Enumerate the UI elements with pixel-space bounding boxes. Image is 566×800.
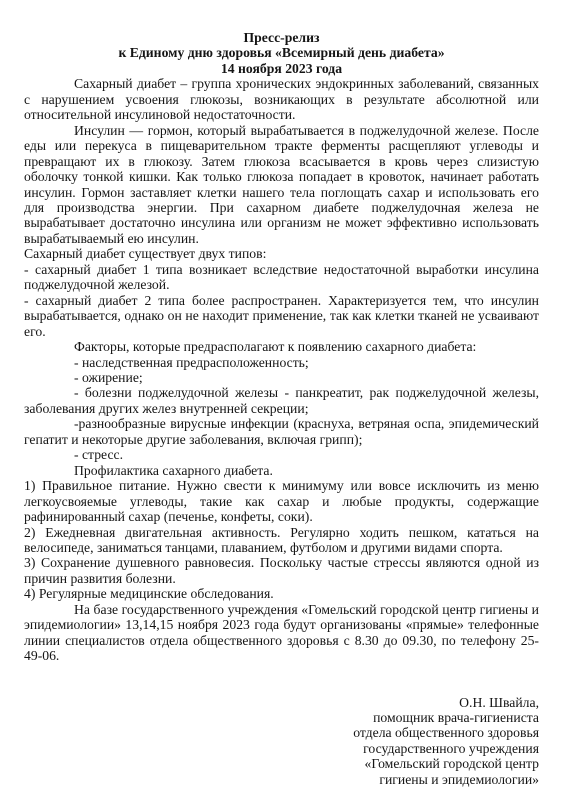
paragraph-prevention-nutrition: 1) Правильное питание. Нужно свести к ми… — [24, 478, 539, 524]
paragraph-insulin-description: Инсулин — гормон, который вырабатывается… — [24, 123, 539, 247]
paragraph-factors-intro: Факторы, которые предрасполагают к появл… — [24, 339, 539, 354]
signature-institution-type: государственного учреждения — [24, 741, 539, 756]
signature-institution-name-1: «Гомельский городской центр — [24, 756, 539, 771]
paragraph-factor-stress: - стресс. — [24, 447, 539, 462]
paragraph-prevention-balance: 3) Сохранение душевного равновесия. Поск… — [24, 555, 539, 586]
paragraph-factor-heredity: - наследственная предрасположенность; — [24, 355, 539, 370]
signature-author-name: О.Н. Швайла, — [24, 695, 539, 710]
paragraph-prevention-heading: Профилактика сахарного диабета. — [24, 463, 539, 478]
signature-institution-name-2: гигиены и эпидемиологии» — [24, 772, 539, 787]
title-line-date: 14 ноября 2023 года — [24, 61, 539, 76]
title-line-press-release: Пресс-релиз — [24, 30, 539, 45]
signature-author-position: помощник врача-гигиениста — [24, 710, 539, 725]
paragraph-factor-pancreas-diseases: - болезни поджелудочной железы - панкреа… — [24, 385, 539, 416]
title-line-health-day: к Единому дню здоровья «Всемирный день д… — [24, 45, 539, 60]
paragraph-type-1: - сахарный диабет 1 типа возникает вслед… — [24, 262, 539, 293]
paragraph-factor-viral-infections: -разнообразные вирусные инфекции (красну… — [24, 416, 539, 447]
document-body: Сахарный диабет – группа хронических энд… — [24, 76, 539, 663]
signature-department: отдела общественного здоровья — [24, 725, 539, 740]
paragraph-hotline-info: На базе государственного учреждения «Гом… — [24, 602, 539, 664]
paragraph-prevention-activity: 2) Ежедневная двигательная активность. Р… — [24, 525, 539, 556]
signature-block: О.Н. Швайла, помощник врача-гигиениста о… — [24, 695, 539, 788]
paragraph-prevention-checkups: 4) Регулярные медицинские обследования. — [24, 586, 539, 601]
document-title: Пресс-релиз к Единому дню здоровья «Всем… — [24, 30, 539, 76]
paragraph-diabetes-definition: Сахарный диабет – группа хронических энд… — [24, 76, 539, 122]
paragraph-two-types-intro: Сахарный диабет существует двух типов: — [24, 246, 539, 261]
paragraph-type-2: - сахарный диабет 2 типа более распростр… — [24, 293, 539, 339]
paragraph-factor-obesity: - ожирение; — [24, 370, 539, 385]
press-release-page: Пресс-релиз к Единому дню здоровья «Всем… — [0, 0, 566, 800]
